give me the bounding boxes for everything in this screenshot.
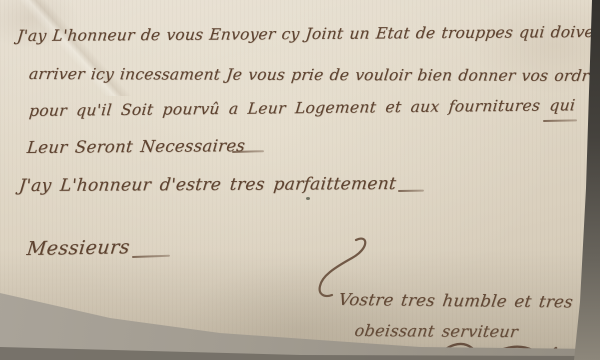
letter-body-line-2: arriver icy incessament Je vous prie de … [28,65,600,85]
letter-body-line-4: Leur Seront Necessaires [26,136,246,157]
letter-photo: J'ay L'honneur de vous Envoyer cy Joint … [0,0,600,360]
letter-compliment-line: J'ay L'honneur d'estre tres parfaittemen… [18,174,397,196]
letter-salutation: Messieurs [26,236,131,260]
letter-valediction-line-1: Vostre tres humble et tres [337,290,574,311]
ink-speck [306,197,310,200]
valediction-flourish [298,232,368,307]
